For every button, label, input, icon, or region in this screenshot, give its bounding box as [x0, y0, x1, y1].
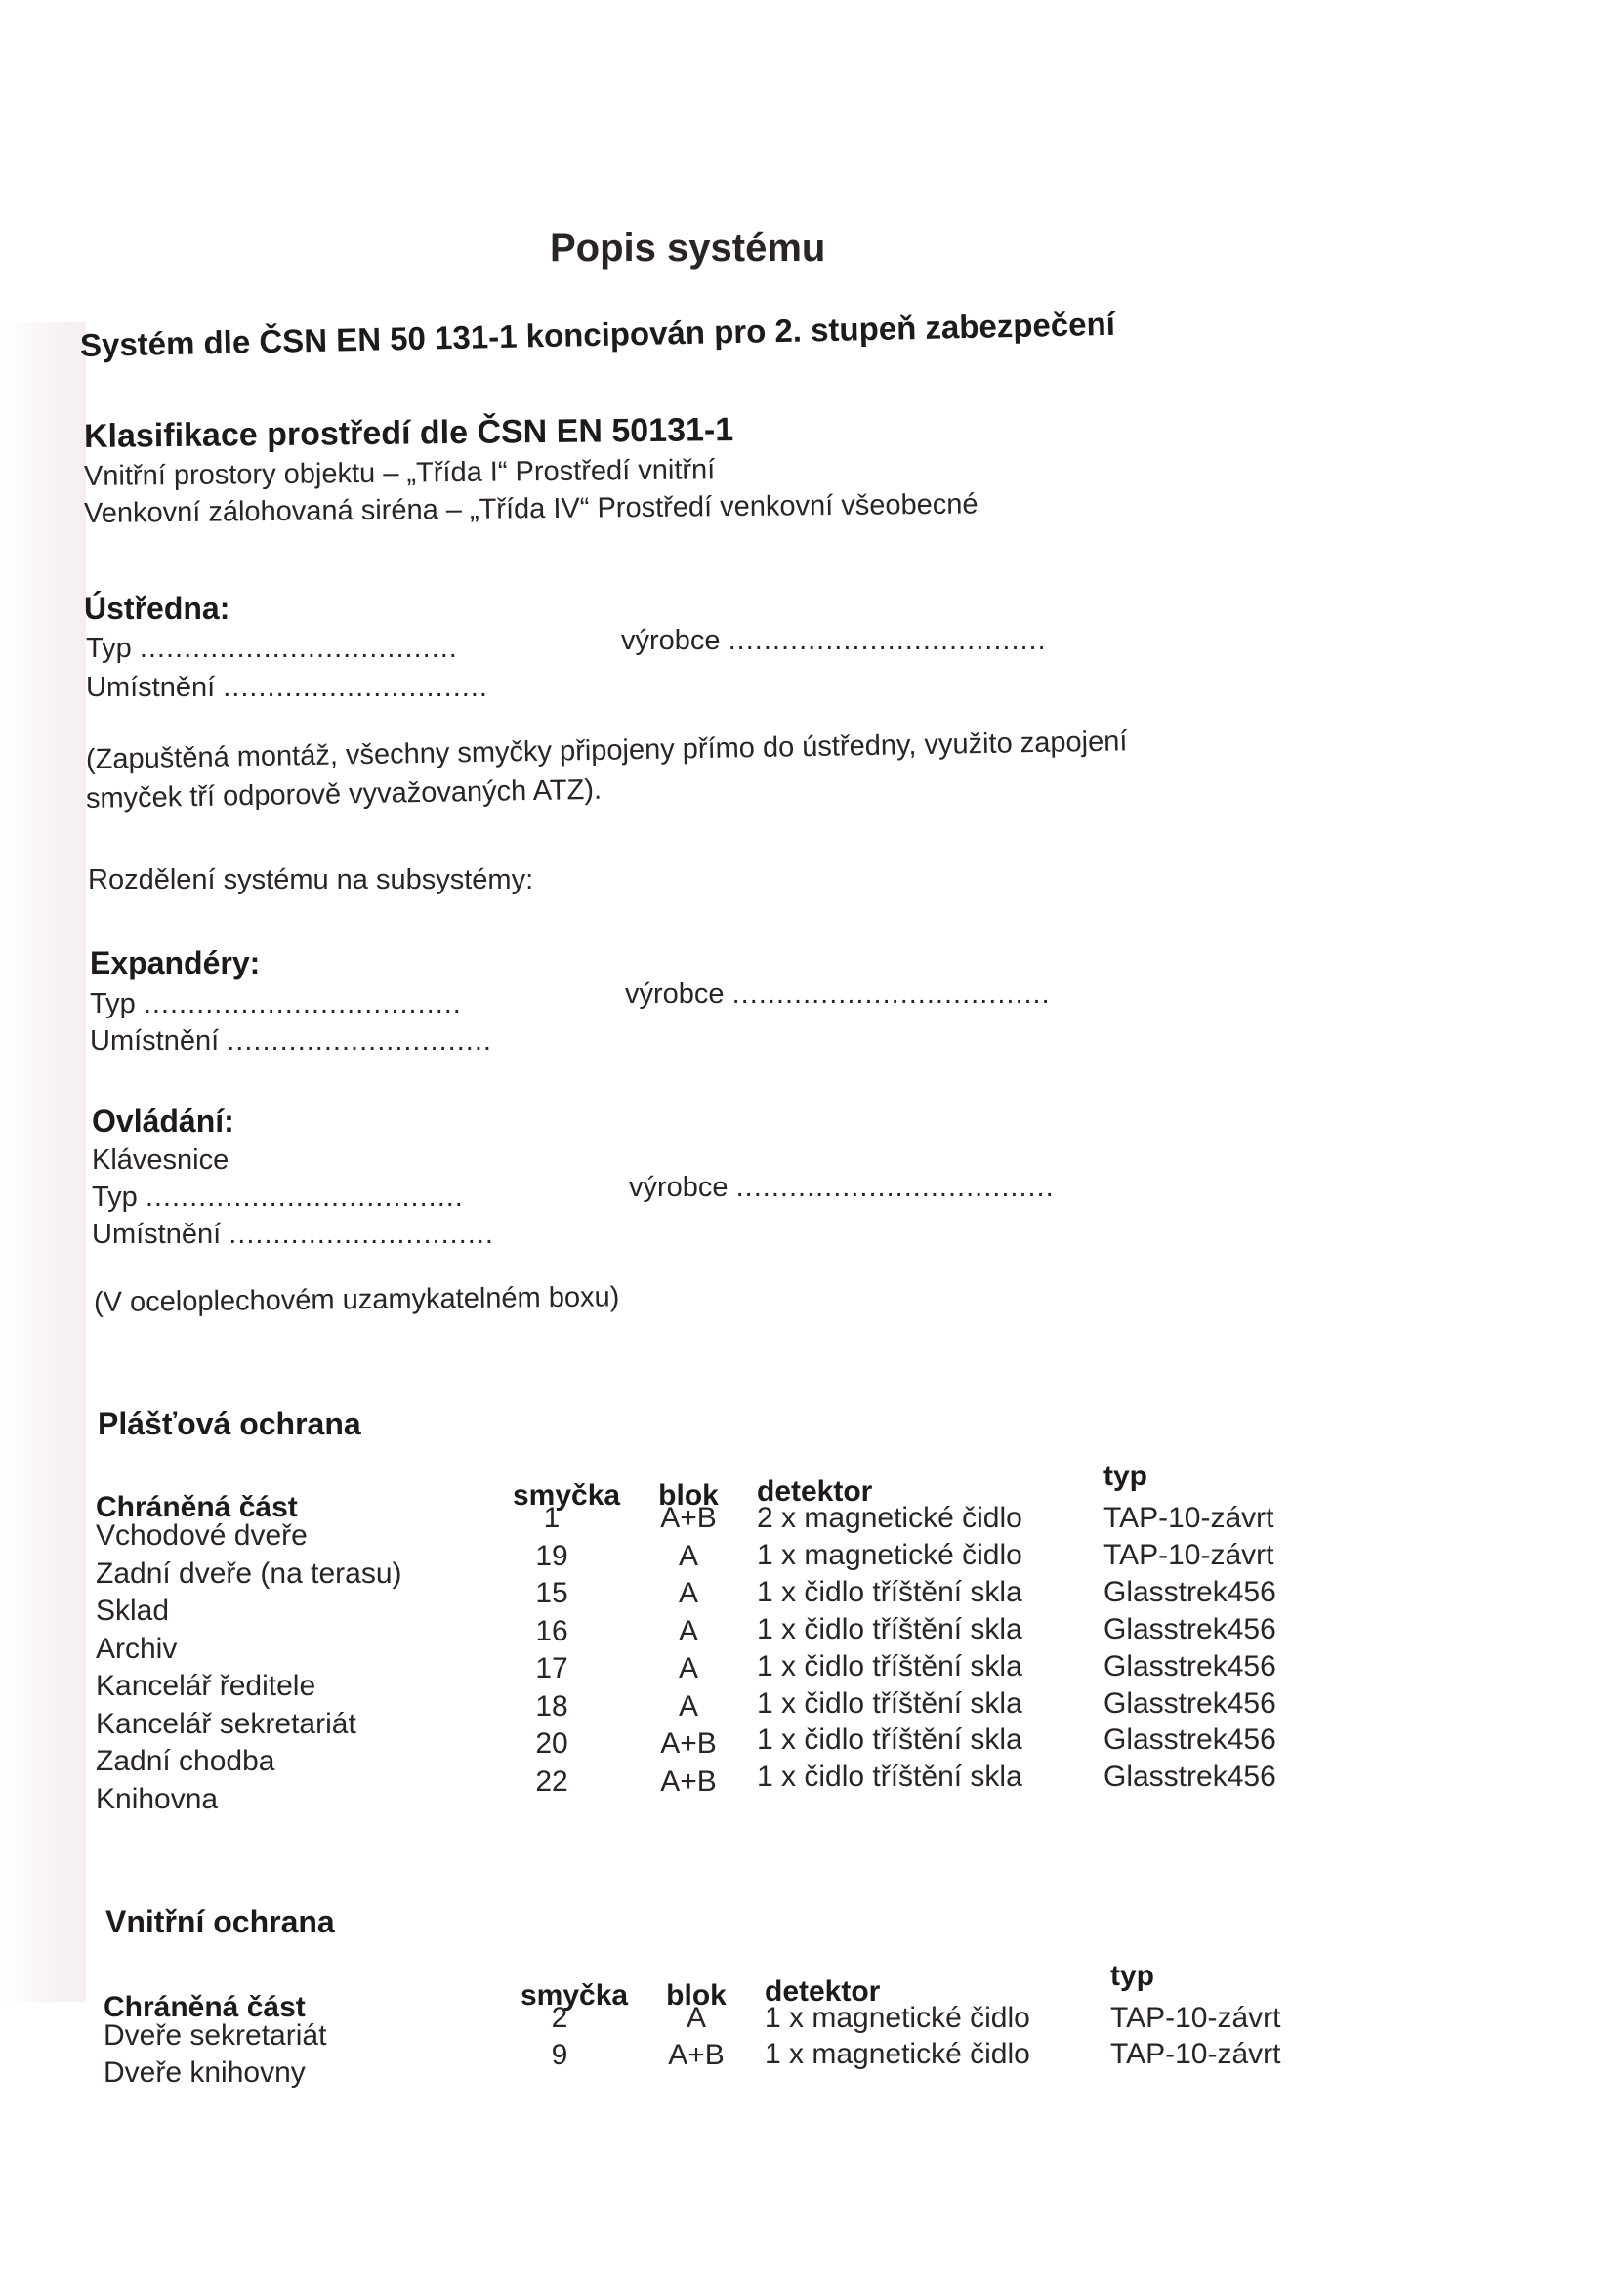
cell-col-loop: 16 — [513, 1615, 591, 1648]
cell-col-block: A — [645, 1577, 732, 1610]
cell-col-loop: 9 — [521, 2039, 599, 2072]
ustredna-umisteni-label: Umístnění — [86, 672, 215, 703]
classification-heading: Klasifikace prostředí dle ČSN EN 50131-1 — [84, 411, 734, 456]
cell-col-type: Glasstrek456 — [1103, 1723, 1276, 1757]
ovladani-heading: Ovládání: — [92, 1103, 234, 1140]
ovladani-device-label: Klávesnice — [92, 1144, 229, 1177]
expandery-typ-label: Typ — [90, 988, 136, 1019]
header-col-type: typ — [1103, 1460, 1147, 1493]
subsystems-label: Rozdělení systému na subsystémy: — [88, 864, 533, 896]
expandery-umisteni-field: Umístnění .............................. — [90, 1025, 492, 1058]
ovladani-umisteni-blank: .............................. — [229, 1219, 494, 1250]
vnitrni-heading: Vnitřní ochrana — [105, 1904, 335, 1940]
classification-line-outdoor: Venkovní zálohovaná siréna – „Třída IV“ … — [84, 488, 979, 530]
cell-col-protected-part: Vchodové dveře — [96, 1519, 308, 1553]
cell-col-type: Glasstrek456 — [1103, 1687, 1276, 1721]
cell-col-detector: 1 x čidlo tříštění skla — [757, 1613, 1022, 1646]
cell-col-block: A — [652, 2002, 740, 2035]
ustredna-heading: Ústředna: — [84, 591, 229, 627]
cell-col-protected-part: Kancelář ředitele — [96, 1670, 315, 1703]
cell-col-detector: 1 x magnetické čidlo — [757, 1539, 1022, 1572]
cell-col-detector: 1 x čidlo tříštění skla — [757, 1723, 1022, 1757]
cell-col-type: TAP-10-závrt — [1110, 2038, 1280, 2071]
expandery-umisteni-label: Umístnění — [90, 1025, 219, 1057]
ovladani-typ-blank: .................................... — [146, 1182, 464, 1213]
ustredna-note-line-2: smyček tří odporově vyvažovaných ATZ). — [86, 774, 603, 815]
cell-col-type: TAP-10-závrt — [1103, 1502, 1273, 1535]
ustredna-note-line-1: (Zapuštěná montáž, všechny smyčky připoj… — [86, 726, 1128, 776]
page-title: Popis systému — [550, 227, 825, 270]
cell-col-block: A — [645, 1652, 732, 1685]
cell-col-loop: 1 — [513, 1502, 591, 1535]
cell-col-block: A+B — [645, 1727, 732, 1761]
expandery-typ-field: Typ .................................... — [90, 988, 462, 1020]
ustredna-umisteni-field: Umístnění .............................. — [86, 672, 488, 704]
cell-col-block: A+B — [645, 1502, 732, 1535]
expandery-heading: Expandéry: — [90, 945, 260, 981]
cell-col-protected-part: Kancelář sekretariát — [96, 1708, 356, 1741]
ustredna-umisteni-blank: .............................. — [223, 672, 488, 703]
ustredna-typ-label: Typ — [86, 633, 132, 664]
cell-col-block: A — [645, 1615, 732, 1648]
cell-col-type: Glasstrek456 — [1103, 1761, 1276, 1794]
cell-col-detector: 1 x magnetické čidlo — [765, 2038, 1030, 2071]
cell-col-detector: 1 x čidlo tříštění skla — [757, 1687, 1022, 1721]
system-standard-heading: Systém dle ČSN EN 50 131-1 koncipován pr… — [80, 306, 1116, 364]
expandery-vyrobce-label: výrobce — [625, 978, 725, 1010]
cell-col-detector: 1 x magnetické čidlo — [765, 2002, 1030, 2035]
ovladani-vyrobce-field: výrobce ................................… — [629, 1172, 1055, 1204]
cell-col-protected-part: Zadní chodba — [96, 1745, 274, 1778]
cell-col-protected-part: Sklad — [96, 1595, 169, 1628]
cell-col-loop: 2 — [521, 2002, 599, 2035]
cell-col-block: A — [645, 1690, 732, 1723]
expandery-typ-blank: .................................... — [144, 988, 462, 1019]
cell-col-protected-part: Knihovna — [96, 1783, 218, 1816]
expandery-vyrobce-blank: .................................... — [732, 978, 1051, 1010]
ustredna-vyrobce-field: výrobce ................................… — [621, 625, 1047, 657]
cell-col-detector: 1 x čidlo tříštění skla — [757, 1761, 1022, 1794]
header-col-type: typ — [1110, 1960, 1154, 1993]
cell-col-block: A+B — [645, 1765, 732, 1799]
cell-col-loop: 20 — [513, 1727, 591, 1761]
cell-col-loop: 22 — [513, 1765, 591, 1799]
expandery-vyrobce-field: výrobce ................................… — [625, 978, 1051, 1011]
cell-col-detector: 1 x čidlo tříštění skla — [757, 1576, 1022, 1609]
ovladani-umisteni-label: Umístnění — [92, 1219, 221, 1250]
ovladani-vyrobce-label: výrobce — [629, 1172, 729, 1203]
ustredna-vyrobce-blank: .................................... — [729, 625, 1047, 656]
cell-col-type: Glasstrek456 — [1103, 1650, 1276, 1683]
cell-col-loop: 17 — [513, 1652, 591, 1685]
ustredna-vyrobce-label: výrobce — [621, 625, 721, 656]
plastova-heading: Plášťová ochrana — [98, 1406, 361, 1442]
ovladani-typ-field: Typ .................................... — [92, 1182, 464, 1214]
cell-col-protected-part: Dveře sekretariát — [104, 2019, 326, 2053]
classification-line-indoor: Vnitřní prostory objektu – „Třída I“ Pro… — [84, 454, 716, 493]
cell-col-type: Glasstrek456 — [1103, 1576, 1276, 1609]
expandery-umisteni-blank: .............................. — [227, 1025, 492, 1057]
cell-col-detector: 2 x magnetické čidlo — [757, 1502, 1022, 1535]
ovladani-vyrobce-blank: .................................... — [736, 1172, 1055, 1203]
ovladani-typ-label: Typ — [92, 1182, 138, 1213]
cell-col-loop: 15 — [513, 1577, 591, 1610]
cell-col-type: TAP-10-závrt — [1103, 1539, 1273, 1572]
document-page: Popis systému Systém dle ČSN EN 50 131-1… — [0, 0, 1624, 2283]
ovladani-box-note: (V oceloplechovém uzamykatelném boxu) — [94, 1281, 620, 1319]
cell-col-type: TAP-10-závrt — [1110, 2002, 1280, 2035]
cell-col-loop: 19 — [513, 1540, 591, 1573]
cell-col-type: Glasstrek456 — [1103, 1613, 1276, 1646]
cell-col-detector: 1 x čidlo tříštění skla — [757, 1650, 1022, 1683]
cell-col-protected-part: Zadní dveře (na terasu) — [96, 1557, 402, 1591]
cell-col-protected-part: Archiv — [96, 1633, 177, 1666]
ustredna-typ-field: Typ .................................... — [86, 633, 458, 665]
cell-col-protected-part: Dveře knihovny — [104, 2056, 306, 2090]
ustredna-typ-blank: .................................... — [140, 633, 458, 664]
ovladani-umisteni-field: Umístnění .............................. — [92, 1219, 494, 1251]
cell-col-block: A — [645, 1540, 732, 1573]
cell-col-block: A+B — [652, 2039, 740, 2072]
cell-col-loop: 18 — [513, 1690, 591, 1723]
